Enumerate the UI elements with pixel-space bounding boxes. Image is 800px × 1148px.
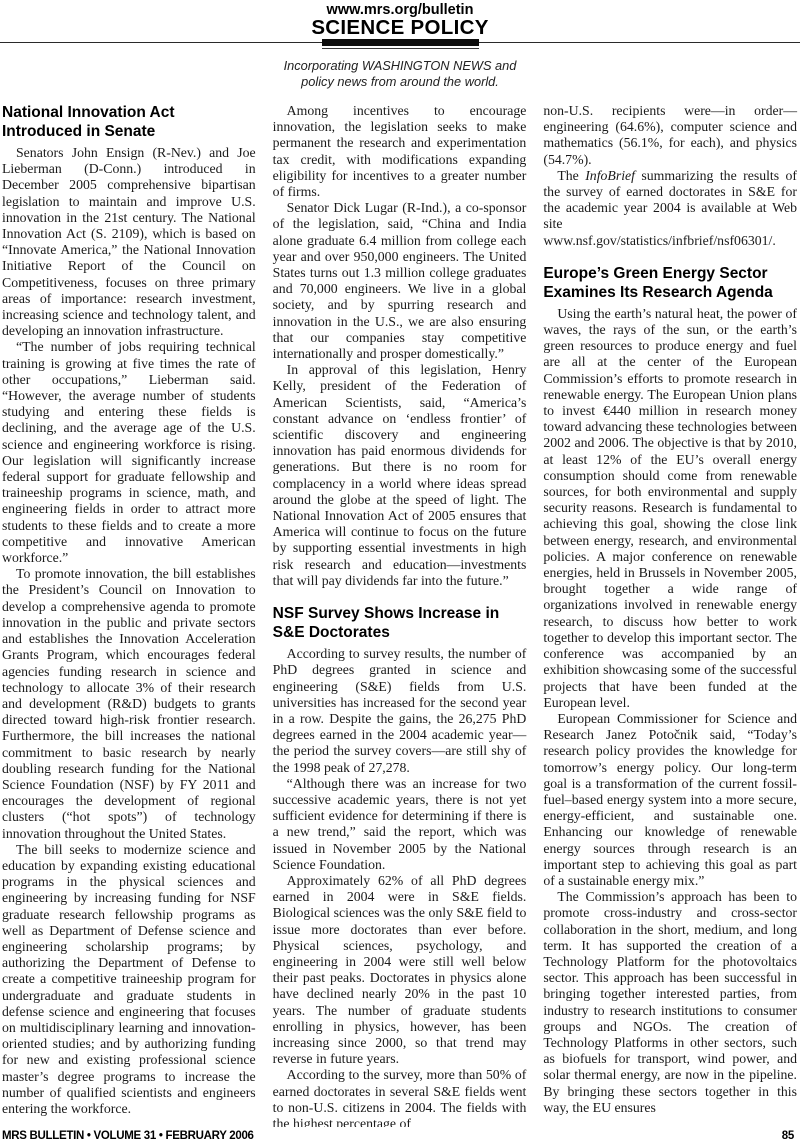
paragraph: Approximately 62% of all PhD degrees ear… <box>273 873 527 1067</box>
masthead: www.mrs.org/bulletin SCIENCE POLICY Inco… <box>0 0 800 90</box>
magazine-page: { "header": { "url_line": "www.mrs.org/b… <box>0 0 800 1148</box>
italic-text: InfoBrief <box>585 168 635 183</box>
column-1: National Innovation Act Introduced in Se… <box>2 103 256 1127</box>
paragraph: In approval of this legislation, Henry K… <box>273 362 527 589</box>
paragraph: Senators John Ensign (R-Nev.) and Joe Li… <box>2 145 256 339</box>
masthead-rule <box>0 39 800 51</box>
page-footer: MRS BULLETIN • VOLUME 31 • FEBRUARY 2006… <box>2 1130 794 1142</box>
thick-rule-bar <box>322 39 479 46</box>
paragraph: The InfoBrief summarizing the results of… <box>543 168 797 249</box>
text-segment: The <box>557 168 585 183</box>
paragraph: The bill seeks to modernize science and … <box>2 842 256 1117</box>
section-tagline: Incorporating WASHINGTON NEWS and policy… <box>0 58 800 90</box>
article-heading: NSF Survey Shows Increase in S&E Doctora… <box>273 604 527 642</box>
column-3: non-U.S. recipients were—in order—engine… <box>543 103 797 1127</box>
footer-page-number: 85 <box>782 1130 794 1142</box>
paragraph: According to survey results, the number … <box>273 646 527 776</box>
article-heading: National Innovation Act Introduced in Se… <box>2 103 256 141</box>
paragraph: “Although there was an increase for two … <box>273 776 527 873</box>
paragraph: Senator Dick Lugar (R-Ind.), a co-sponso… <box>273 200 527 362</box>
paragraph: Among incentives to encourage innovation… <box>273 103 527 200</box>
section-title: SCIENCE POLICY <box>0 18 800 38</box>
paragraph: “The number of jobs requiring technical … <box>2 339 256 566</box>
columns: National Innovation Act Introduced in Se… <box>0 103 800 1127</box>
rule-bar-underline <box>322 48 479 49</box>
footer-issue-info: MRS BULLETIN • VOLUME 31 • FEBRUARY 2006 <box>2 1130 254 1142</box>
paragraph: The Commission’s approach has been to pr… <box>543 889 797 1116</box>
column-2: Among incentives to encourage innovation… <box>273 103 527 1127</box>
paragraph: European Commissioner for Science and Re… <box>543 711 797 889</box>
paragraph: According to the survey, more than 50% o… <box>273 1067 527 1127</box>
paragraph: non-U.S. recipients were—in order—engine… <box>543 103 797 168</box>
paragraph: Using the earth’s natural heat, the powe… <box>543 306 797 711</box>
article-heading: Europe’s Green Energy Sector Examines It… <box>543 264 797 302</box>
paragraph: To promote innovation, the bill establis… <box>2 566 256 841</box>
